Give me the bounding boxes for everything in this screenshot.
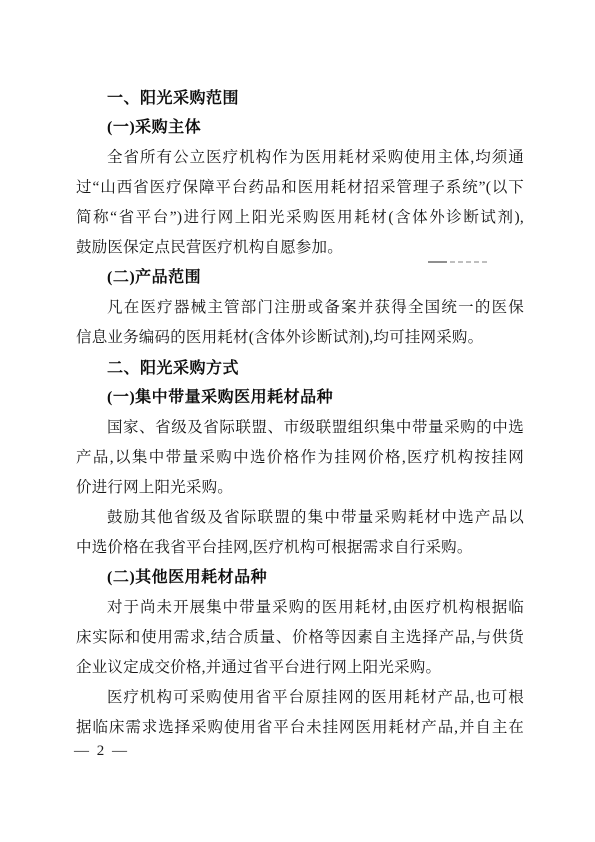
scan-smudge-artifact [428,260,492,264]
section-heading: 二、阳光采购方式 [76,356,524,380]
text-line: 企业议定成交价格,并通过省平台进行网上阳光采购。 [76,656,524,680]
text-line: 据临床需求选择采购使用省平台未挂网医用耗材产品,并自主在 [76,716,524,740]
text-line: 鼓励医保定点民营医疗机构自愿参加。 [76,236,524,260]
smudge-dash-segment [450,261,490,263]
sub-heading: (一)集中带量采购医用耗材品种 [76,386,524,410]
text-line: 信息业务编码的医用耗材(含体外诊断试剂),均可挂网采购。 [76,326,524,350]
sub-heading: (二)其他医用耗材品种 [76,566,524,590]
text-line: 全省所有公立医疗机构作为医用耗材采购使用主体,均须通 [76,146,524,170]
sub-heading: (二)产品范围 [76,266,524,290]
text-line: 对于尚未开展集中带量采购的医用耗材,由医疗机构根据临 [76,596,524,620]
smudge-dark-segment [428,261,447,263]
text-line: 产品,以集中带量采购中选价格作为挂网价格,医疗机构按挂网 [76,446,524,470]
sub-heading: (一)采购主体 [76,116,524,140]
document-page: 一、阳光采购范围(一)采购主体全省所有公立医疗机构作为医用耗材采购使用主体,均须… [0,0,595,842]
section-heading: 一、阳光采购范围 [76,86,524,110]
page-number: — 2 — [74,739,129,763]
text-line: 国家、省级及省际联盟、市级联盟组织集中带量采购的中选 [76,416,524,440]
text-line: 医疗机构可采购使用省平台原挂网的医用耗材产品,也可根 [76,686,524,710]
text-line: 鼓励其他省级及省际联盟的集中带量采购耗材中选产品以 [76,506,524,530]
text-line: 价进行网上阳光采购。 [76,476,524,500]
text-line: 床实际和使用需求,结合质量、价格等因素自主选择产品,与供货 [76,626,524,650]
text-line: 凡在医疗器械主管部门注册或备案并获得全国统一的医保 [76,296,524,320]
text-line: 过“山西省医疗保障平台药品和医用耗材招采管理子系统”(以下 [76,176,524,200]
text-line: 中选价格在我省平台挂网,医疗机构可根据需求自行采购。 [76,536,524,560]
text-line: 简称“省平台”)进行网上阳光采购医用耗材(含体外诊断试剂), [76,206,524,230]
